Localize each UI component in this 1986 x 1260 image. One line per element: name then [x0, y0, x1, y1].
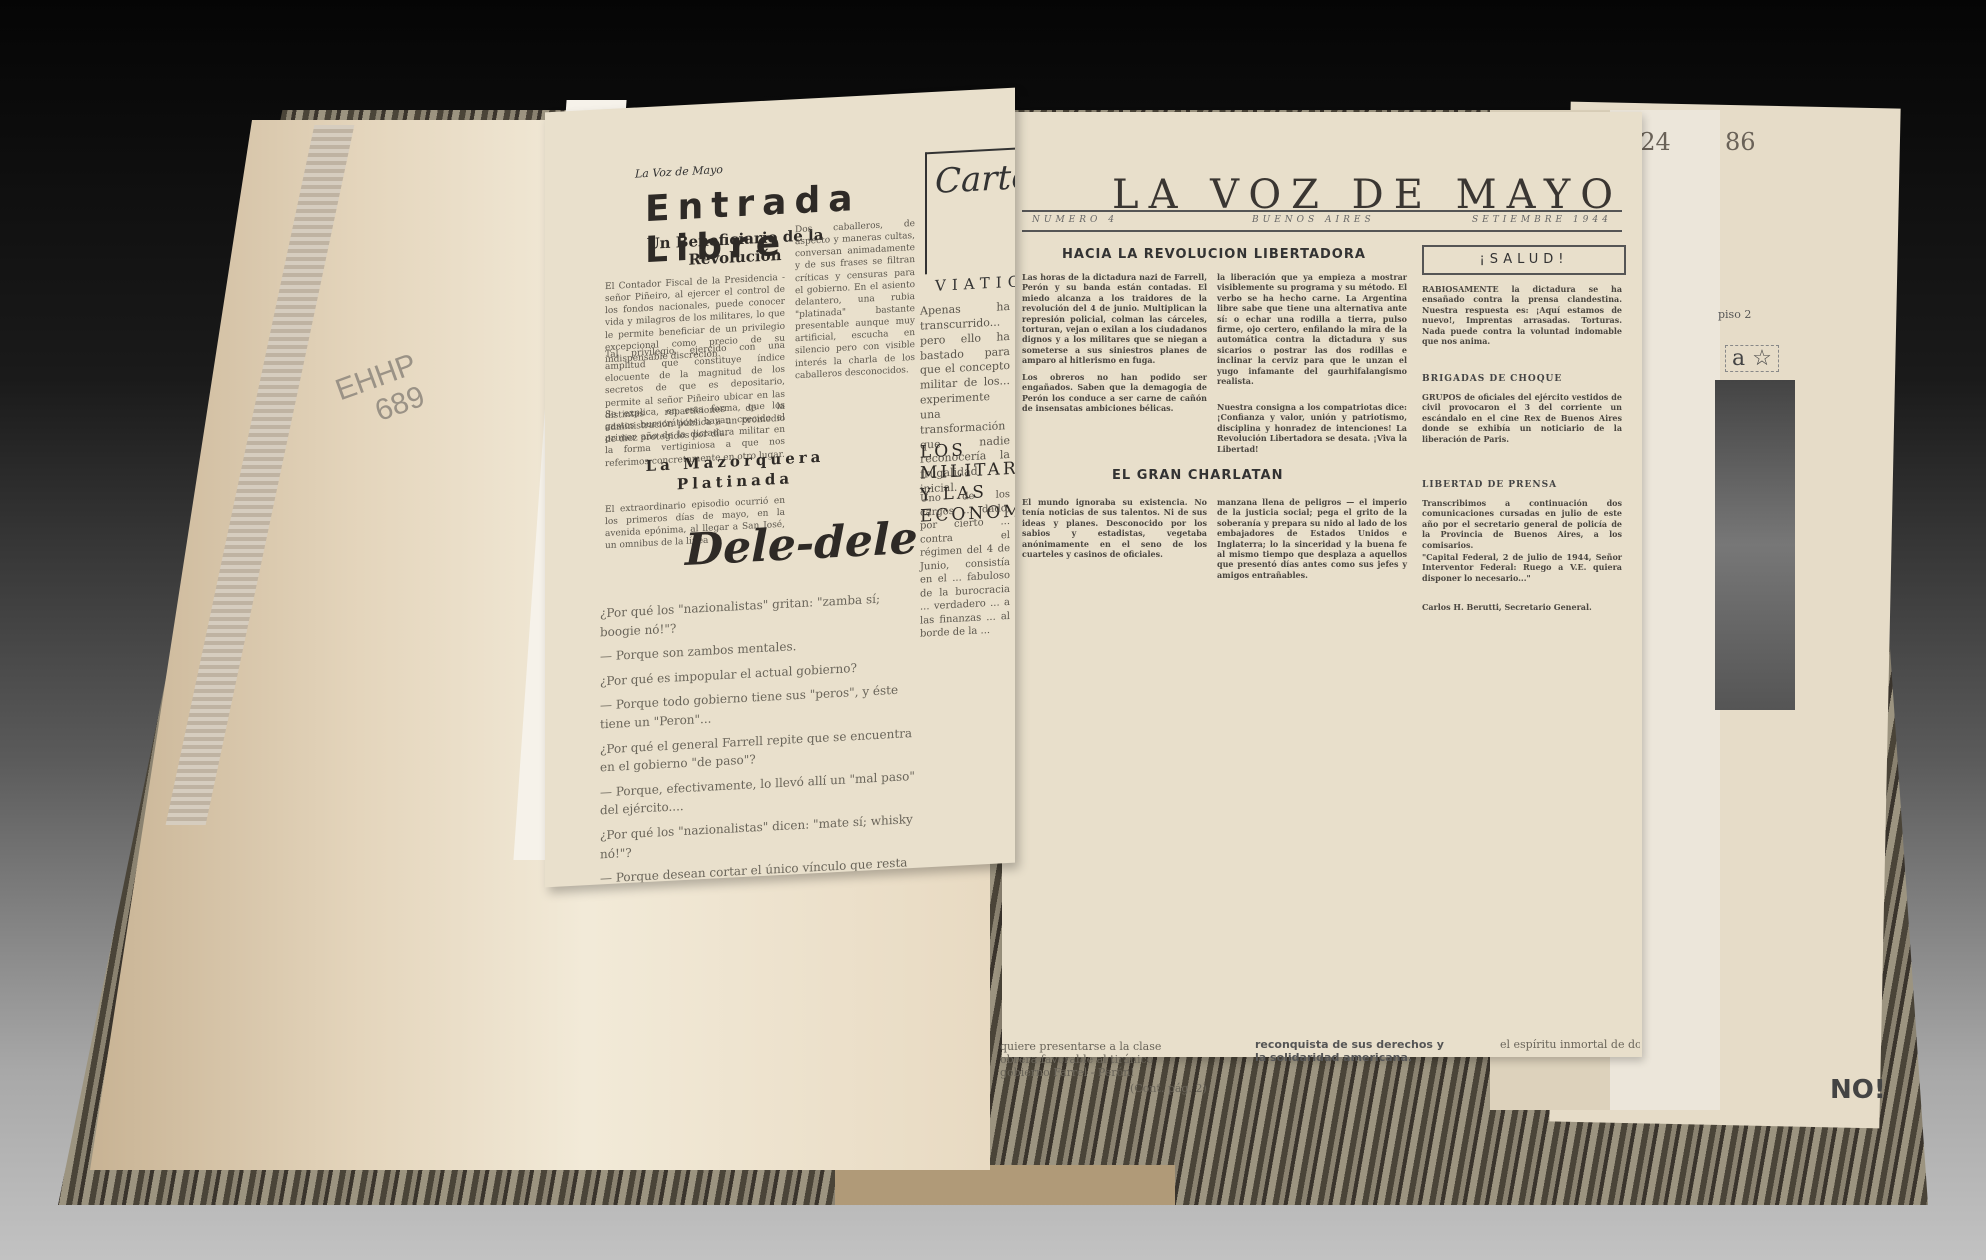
- masthead-rule: [1022, 230, 1622, 232]
- subhead-libertad: LIBERTAD DE PRENSA: [1422, 480, 1557, 490]
- book-spine: [835, 1165, 1175, 1205]
- article-col: El mundo ignoraba su existencia. No tení…: [1022, 497, 1207, 559]
- militares-body: Uno de los cargos ... dado, por cierto .…: [920, 488, 1010, 641]
- article-col: manzana llena de peligros — el imperio d…: [1217, 497, 1407, 580]
- dele-dele-list: ¿Por qué los "nazionalistas" gritan: "za…: [600, 588, 920, 888]
- city: BUENOS AIRES: [1252, 215, 1375, 225]
- magazine-header: La Voz de Mayo: [635, 163, 723, 181]
- subhead-brigadas: BRIGADAS DE CHOQUE: [1422, 374, 1562, 384]
- exclamation-box: NO!: [1830, 1075, 1886, 1105]
- tab-label: piso 2: [1718, 308, 1751, 321]
- bottom-text-left: quiere presentarse a la clase obrera fav…: [1000, 1040, 1190, 1079]
- article-col: Los obreros no han podido ser engañados.…: [1022, 372, 1207, 414]
- salud-text: RABIOSAMENTE la dictadura se ha ensañado…: [1422, 284, 1622, 346]
- article-col: la liberación que ya empieza a mostrar v…: [1217, 272, 1407, 386]
- viatico-title: VIATICO: [935, 271, 1015, 295]
- star-box: a ☆: [1725, 345, 1779, 372]
- masthead-rule: [1022, 210, 1622, 212]
- headline-revolucion: HACIA LA REVOLUCION LIBERTADORA: [1062, 247, 1366, 262]
- dele-dele-title: Dele-dele: [685, 513, 918, 576]
- folded-magazine-page: La Voz de Mayo Entrada Libre Un Benefici…: [545, 88, 1015, 888]
- newspaper-photo: [1715, 380, 1795, 710]
- signature: Carlos H. Berutti, Secretario General.: [1422, 602, 1622, 612]
- salud-box: ¡SALUD!: [1422, 245, 1626, 275]
- article-col: Las horas de la dictadura nazi de Farrel…: [1022, 272, 1207, 366]
- headline-charlatan: EL GRAN CHARLATAN: [1112, 468, 1283, 483]
- page-number: 86: [1725, 128, 1756, 156]
- issue-number: NUMERO 4: [1032, 215, 1118, 225]
- bottom-text-right: el espíritu inmortal de don Quijote. Has…: [1500, 1038, 1640, 1051]
- continued-note: (Cont. pág. 2): [1130, 1082, 1207, 1095]
- brigadas-text: GRUPOS de oficiales del ejército vestido…: [1422, 392, 1622, 444]
- article-body-col2: Dos caballeros, de aspecto y maneras cul…: [795, 218, 915, 382]
- article-closing: Nuestra consigna a los compatriotas dice…: [1217, 402, 1407, 454]
- newspaper-front-page: LA VOZ DE MAYO NUMERO 4 BUENOS AIRES SET…: [1002, 112, 1642, 1057]
- quote: "Capital Federal, 2 de julio de 1944, Se…: [1422, 552, 1622, 583]
- cartel-logo: Cartel: [935, 156, 1015, 202]
- libertad-text: Transcribimos a continuación dos comunic…: [1422, 498, 1622, 550]
- issue-date: SETIEMBRE 1944: [1472, 215, 1612, 225]
- bottom-text-center: reconquista de sus derechos y la solidar…: [1255, 1038, 1455, 1064]
- underlying-page-strip: quiere presentarse a la clase obrera fav…: [1000, 1030, 1640, 1100]
